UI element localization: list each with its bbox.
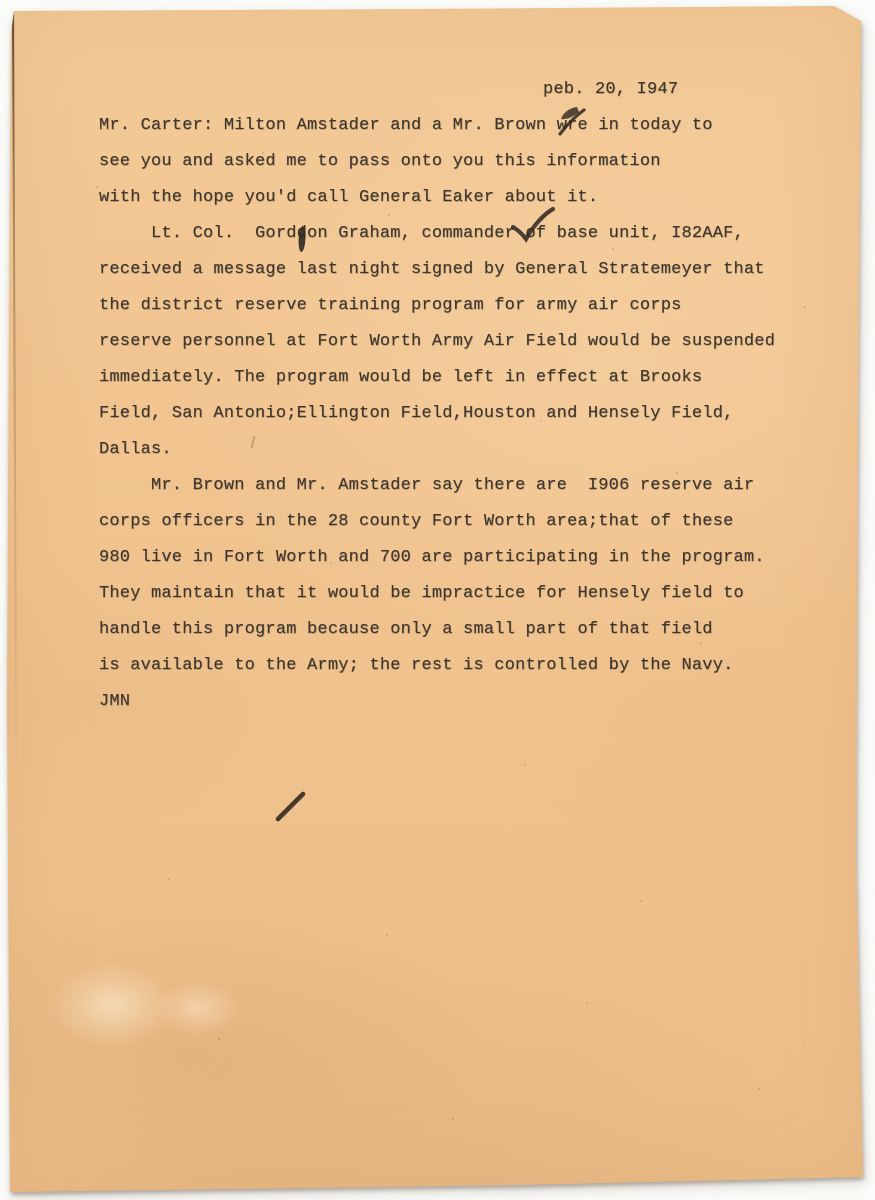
- scanned-memo-page: peb. 20, I947 Mr. Carter: Milton Amstade…: [0, 0, 875, 1200]
- memo-line: 980 live in Fort Worth and 700 are parti…: [99, 540, 799, 576]
- memo-line: Mr. Carter: Milton Amstader and a Mr. Br…: [99, 108, 799, 144]
- memo-date: peb. 20, I947: [543, 80, 678, 99]
- memo-line: Dallas.: [99, 432, 799, 468]
- paper-left-edge-shadow: [12, 8, 17, 788]
- memo-line: Lt. Col. Gorddon Graham, commander of ba…: [99, 216, 799, 252]
- memo-line: corps officers in the 28 county Fort Wor…: [99, 504, 799, 540]
- memo-body: Mr. Carter: Milton Amstader and a Mr. Br…: [99, 108, 799, 720]
- memo-line: They maintain that it would be impractic…: [99, 576, 799, 612]
- pen-strikeout-blot-icon: [295, 224, 309, 254]
- memo-paper: peb. 20, I947 Mr. Carter: Milton Amstade…: [0, 0, 875, 1200]
- memo-line: with the hope you'd call General Eaker a…: [99, 180, 799, 216]
- memo-line: handle this program because only a small…: [99, 612, 799, 648]
- memo-line: JMN: [99, 684, 799, 720]
- memo-line: the district reserve training program fo…: [99, 288, 799, 324]
- pen-slash-icon: [272, 789, 310, 825]
- pen-insertion-mark-icon: [553, 104, 593, 138]
- memo-line: Field, San Antonio;Ellington Field,Houst…: [99, 396, 799, 432]
- memo-line: received a message last night signed by …: [99, 252, 799, 288]
- paper-shadow-wrap: peb. 20, I947 Mr. Carter: Milton Amstade…: [0, 0, 875, 1200]
- memo-line: immediately. The program would be left i…: [99, 360, 799, 396]
- paper-specks: [0, 0, 2, 2]
- memo-line: Mr. Brown and Mr. Amstader say there are…: [99, 468, 799, 504]
- memo-line: is available to the Army; the rest is co…: [99, 648, 799, 684]
- pen-checkmark-icon: [508, 205, 558, 243]
- memo-line: reserve personnel at Fort Worth Army Air…: [99, 324, 799, 360]
- memo-line: see you and asked me to pass onto you th…: [99, 144, 799, 180]
